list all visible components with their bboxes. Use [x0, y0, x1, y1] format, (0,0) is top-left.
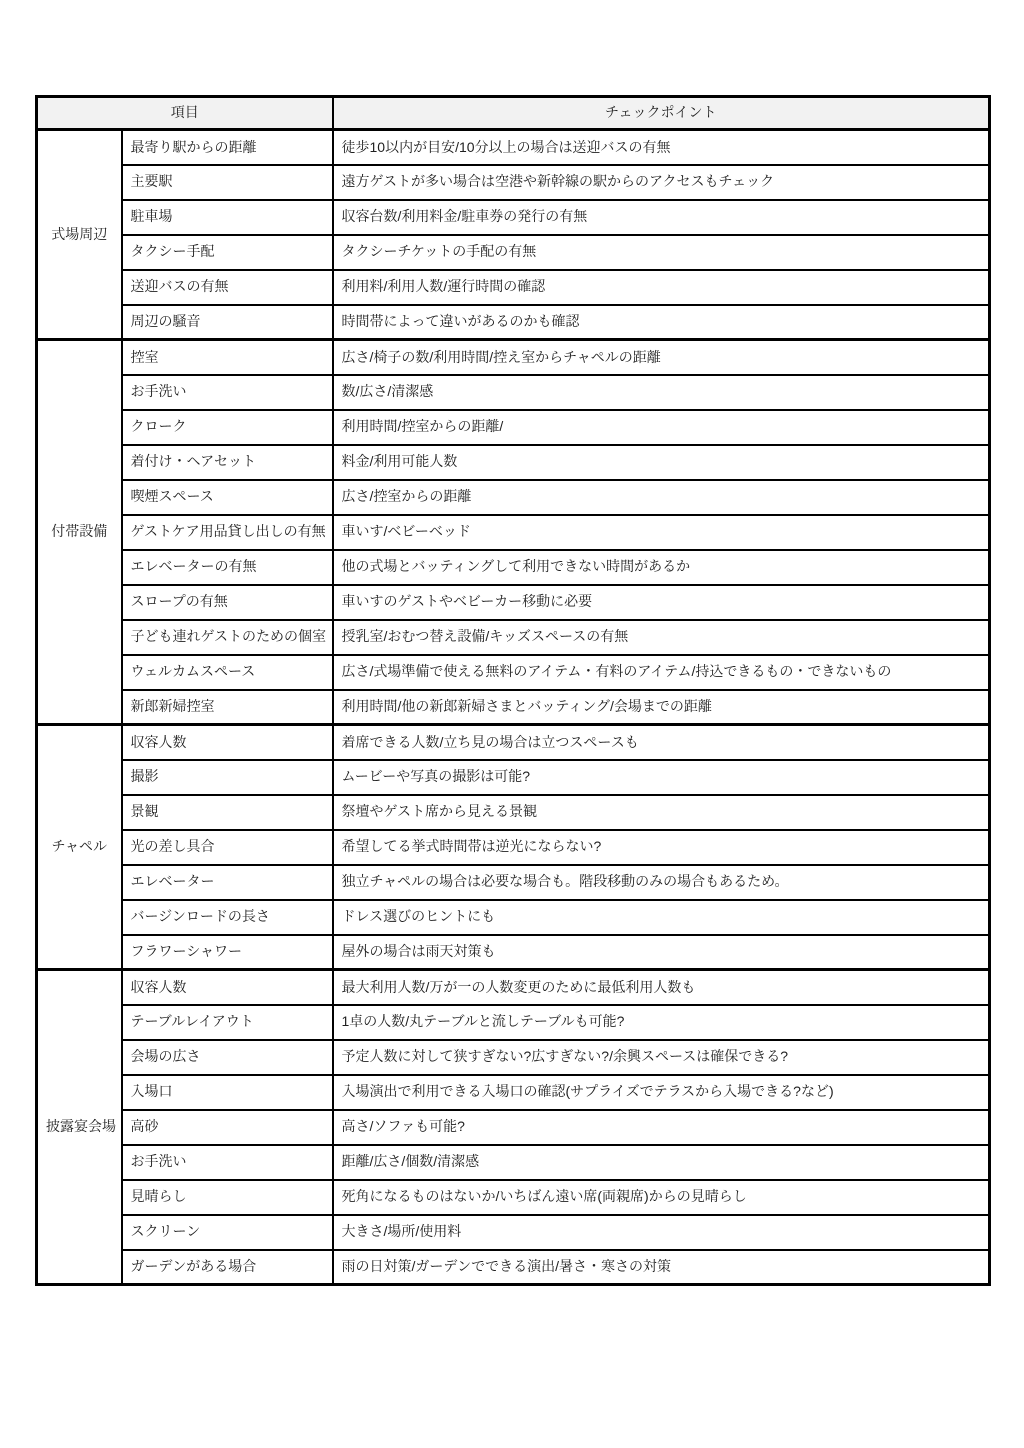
item-cell: バージンロードの長さ: [122, 900, 333, 935]
item-cell: 控室: [122, 340, 333, 375]
checkpoint-cell: タクシーチケットの手配の有無: [333, 235, 990, 270]
table-section: 披露宴会場収容人数最大利用人数/万が一の人数変更のために最低利用人数もテーブルレ…: [37, 970, 990, 1285]
checkpoint-cell: 独立チャペルの場合は必要な場合も。階段移動のみの場合もあるため。: [333, 865, 990, 900]
item-cell: 喫煙スペース: [122, 480, 333, 515]
table-row: 撮影ムービーや写真の撮影は可能?: [37, 760, 990, 795]
table-row: 式場周辺最寄り駅からの距離徒歩10以内が目安/10分以上の場合は送迎バスの有無: [37, 130, 990, 165]
table-row: 会場の広さ予定人数に対して狭すぎない?広すぎない?/余興スペースは確保できる?: [37, 1040, 990, 1075]
venue-checklist-table: 項目 チェックポイント 式場周辺最寄り駅からの距離徒歩10以内が目安/10分以上…: [35, 95, 991, 1286]
item-cell: 主要駅: [122, 165, 333, 200]
item-cell: 会場の広さ: [122, 1040, 333, 1075]
item-cell: フラワーシャワー: [122, 935, 333, 970]
checkpoint-cell: 祭壇やゲスト席から見える景観: [333, 795, 990, 830]
item-cell: 収容人数: [122, 970, 333, 1005]
table-row: 送迎バスの有無利用料/利用人数/運行時間の確認: [37, 270, 990, 305]
table-row: テーブルレイアウト1卓の人数/丸テーブルと流しテーブルも可能?: [37, 1005, 990, 1040]
checkpoint-cell: 死角になるものはないか/いちばん遠い席(両親席)からの見晴らし: [333, 1180, 990, 1215]
checkpoint-cell: 広さ/椅子の数/利用時間/控え室からチャペルの距離: [333, 340, 990, 375]
table-row: 高砂高さ/ソファも可能?: [37, 1110, 990, 1145]
item-cell: 見晴らし: [122, 1180, 333, 1215]
checkpoint-cell: 着席できる人数/立ち見の場合は立つスペースも: [333, 725, 990, 760]
item-cell: 着付け・ヘアセット: [122, 445, 333, 480]
table-row: 子ども連れゲストのための個室授乳室/おむつ替え設備/キッズスペースの有無: [37, 620, 990, 655]
item-cell: 周辺の騒音: [122, 305, 333, 340]
checkpoint-cell: ドレス選びのヒントにも: [333, 900, 990, 935]
item-cell: 景観: [122, 795, 333, 830]
table-row: エレベーター独立チャペルの場合は必要な場合も。階段移動のみの場合もあるため。: [37, 865, 990, 900]
item-cell: 子ども連れゲストのための個室: [122, 620, 333, 655]
table-row: 駐車場収容台数/利用料金/駐車券の発行の有無: [37, 200, 990, 235]
table-row: スロープの有無車いすのゲストやベビーカー移動に必要: [37, 585, 990, 620]
checkpoint-cell: 入場演出で利用できる入場口の確認(サプライズでテラスから入場できる?など): [333, 1075, 990, 1110]
table-row: 主要駅遠方ゲストが多い場合は空港や新幹線の駅からのアクセスもチェック: [37, 165, 990, 200]
table-row: 入場口入場演出で利用できる入場口の確認(サプライズでテラスから入場できる?など): [37, 1075, 990, 1110]
item-cell: エレベーター: [122, 865, 333, 900]
checkpoint-cell: 収容台数/利用料金/駐車券の発行の有無: [333, 200, 990, 235]
checkpoint-cell: 利用時間/他の新郎新婦さまとバッティング/会場までの距離: [333, 690, 990, 725]
item-cell: 駐車場: [122, 200, 333, 235]
table-row: 周辺の騒音時間帯によって違いがあるのかも確認: [37, 305, 990, 340]
checkpoint-cell: 利用時間/控室からの距離/: [333, 410, 990, 445]
item-cell: タクシー手配: [122, 235, 333, 270]
checkpoint-cell: 大きさ/場所/使用料: [333, 1215, 990, 1250]
table-row: 見晴らし死角になるものはないか/いちばん遠い席(両親席)からの見晴らし: [37, 1180, 990, 1215]
header-checkpoint-column: チェックポイント: [333, 97, 990, 130]
checkpoint-cell: 車いすのゲストやベビーカー移動に必要: [333, 585, 990, 620]
group-cell: 式場周辺: [37, 130, 122, 340]
checkpoint-cell: 時間帯によって違いがあるのかも確認: [333, 305, 990, 340]
checkpoint-cell: 数/広さ/清潔感: [333, 375, 990, 410]
item-cell: 収容人数: [122, 725, 333, 760]
checkpoint-cell: 料金/利用可能人数: [333, 445, 990, 480]
table-row: 喫煙スペース広さ/控室からの距離: [37, 480, 990, 515]
table-header: 項目 チェックポイント: [37, 97, 990, 130]
table-row: スクリーン大きさ/場所/使用料: [37, 1215, 990, 1250]
group-cell: 付帯設備: [37, 340, 122, 725]
item-cell: お手洗い: [122, 375, 333, 410]
item-cell: 高砂: [122, 1110, 333, 1145]
checkpoint-cell: 車いす/ベビーベッド: [333, 515, 990, 550]
group-cell: 披露宴会場: [37, 970, 122, 1285]
table-row: ガーデンがある場合雨の日対策/ガーデンでできる演出/暑さ・寒さの対策: [37, 1250, 990, 1285]
item-cell: 撮影: [122, 760, 333, 795]
item-cell: スロープの有無: [122, 585, 333, 620]
header-item-column: 項目: [37, 97, 333, 130]
checkpoint-cell: 予定人数に対して狭すぎない?広すぎない?/余興スペースは確保できる?: [333, 1040, 990, 1075]
table-section: 付帯設備控室広さ/椅子の数/利用時間/控え室からチャペルの距離お手洗い数/広さ/…: [37, 340, 990, 725]
table-row: ゲストケア用品貸し出しの有無車いす/ベビーベッド: [37, 515, 990, 550]
table-row: チャペル収容人数着席できる人数/立ち見の場合は立つスペースも: [37, 725, 990, 760]
table-row: 景観祭壇やゲスト席から見える景観: [37, 795, 990, 830]
table-row: お手洗い距離/広さ/個数/清潔感: [37, 1145, 990, 1180]
checkpoint-cell: 広さ/控室からの距離: [333, 480, 990, 515]
checkpoint-cell: 徒歩10以内が目安/10分以上の場合は送迎バスの有無: [333, 130, 990, 165]
checkpoint-cell: ムービーや写真の撮影は可能?: [333, 760, 990, 795]
item-cell: ガーデンがある場合: [122, 1250, 333, 1285]
checkpoint-cell: 1卓の人数/丸テーブルと流しテーブルも可能?: [333, 1005, 990, 1040]
checkpoint-cell: 希望してる挙式時間帯は逆光にならない?: [333, 830, 990, 865]
item-cell: 送迎バスの有無: [122, 270, 333, 305]
checkpoint-cell: 遠方ゲストが多い場合は空港や新幹線の駅からのアクセスもチェック: [333, 165, 990, 200]
table-row: ウェルカムスペース広さ/式場準備で使える無料のアイテム・有料のアイテム/持込でき…: [37, 655, 990, 690]
table-row: 新郎新婦控室利用時間/他の新郎新婦さまとバッティング/会場までの距離: [37, 690, 990, 725]
table-header-row: 項目 チェックポイント: [37, 97, 990, 130]
table-row: 着付け・ヘアセット料金/利用可能人数: [37, 445, 990, 480]
table-row: タクシー手配タクシーチケットの手配の有無: [37, 235, 990, 270]
item-cell: テーブルレイアウト: [122, 1005, 333, 1040]
item-cell: エレベーターの有無: [122, 550, 333, 585]
table-row: エレベーターの有無他の式場とバッティングして利用できない時間があるか: [37, 550, 990, 585]
table-row: 披露宴会場収容人数最大利用人数/万が一の人数変更のために最低利用人数も: [37, 970, 990, 1005]
item-cell: 光の差し具合: [122, 830, 333, 865]
table-row: フラワーシャワー屋外の場合は雨天対策も: [37, 935, 990, 970]
table-section: 式場周辺最寄り駅からの距離徒歩10以内が目安/10分以上の場合は送迎バスの有無主…: [37, 130, 990, 340]
table-row: 付帯設備控室広さ/椅子の数/利用時間/控え室からチャペルの距離: [37, 340, 990, 375]
table-row: バージンロードの長さドレス選びのヒントにも: [37, 900, 990, 935]
checkpoint-cell: 授乳室/おむつ替え設備/キッズスペースの有無: [333, 620, 990, 655]
table-row: クローク利用時間/控室からの距離/: [37, 410, 990, 445]
item-cell: ウェルカムスペース: [122, 655, 333, 690]
checkpoint-cell: 距離/広さ/個数/清潔感: [333, 1145, 990, 1180]
item-cell: お手洗い: [122, 1145, 333, 1180]
group-cell: チャペル: [37, 725, 122, 970]
table-section: チャペル収容人数着席できる人数/立ち見の場合は立つスペースも撮影ムービーや写真の…: [37, 725, 990, 970]
table-row: 光の差し具合希望してる挙式時間帯は逆光にならない?: [37, 830, 990, 865]
item-cell: スクリーン: [122, 1215, 333, 1250]
checkpoint-cell: 最大利用人数/万が一の人数変更のために最低利用人数も: [333, 970, 990, 1005]
checkpoint-cell: 屋外の場合は雨天対策も: [333, 935, 990, 970]
checkpoint-cell: 広さ/式場準備で使える無料のアイテム・有料のアイテム/持込できるもの・できないも…: [333, 655, 990, 690]
item-cell: ゲストケア用品貸し出しの有無: [122, 515, 333, 550]
item-cell: クローク: [122, 410, 333, 445]
checkpoint-cell: 高さ/ソファも可能?: [333, 1110, 990, 1145]
checkpoint-cell: 利用料/利用人数/運行時間の確認: [333, 270, 990, 305]
item-cell: 新郎新婦控室: [122, 690, 333, 725]
item-cell: 最寄り駅からの距離: [122, 130, 333, 165]
item-cell: 入場口: [122, 1075, 333, 1110]
table-row: お手洗い数/広さ/清潔感: [37, 375, 990, 410]
checkpoint-cell: 他の式場とバッティングして利用できない時間があるか: [333, 550, 990, 585]
document-page: 項目 チェックポイント 式場周辺最寄り駅からの距離徒歩10以内が目安/10分以上…: [0, 0, 1024, 1448]
checkpoint-cell: 雨の日対策/ガーデンでできる演出/暑さ・寒さの対策: [333, 1250, 990, 1285]
